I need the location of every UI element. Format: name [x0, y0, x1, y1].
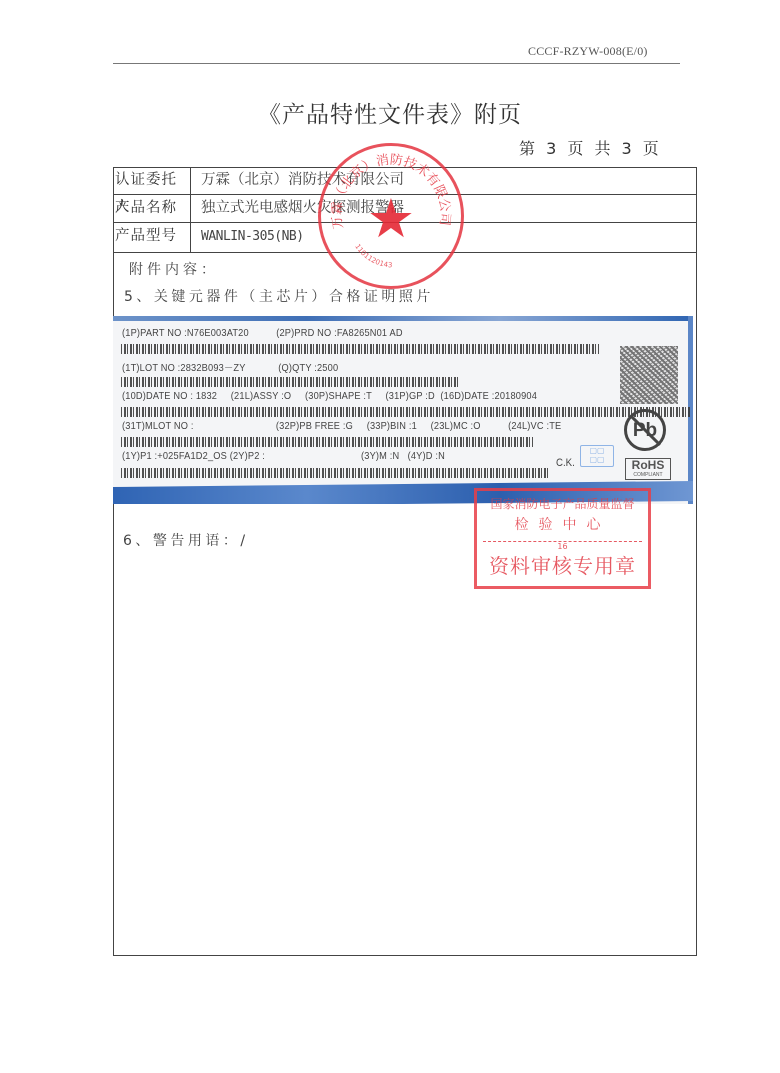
info-row-product-name: 产品名称 独立式光电感烟火灾探测报警器 — [113, 195, 697, 223]
label-line: (31T)MLOT NO : (32P)PB FREE :G (33P)BIN … — [122, 420, 561, 432]
datamatrix-code — [620, 346, 678, 404]
attachment-item-5: 5、关键元器件（主芯片）合格证明照片 — [124, 286, 434, 306]
label-line: (1P)PART NO :N76E003AT20 (2P)PRD NO :FA8… — [122, 327, 403, 339]
attachments-title: 附件内容： — [129, 259, 219, 279]
barcode — [121, 377, 459, 387]
info-label: 产品名称 — [113, 195, 191, 222]
qc-stamp-icon: ▢▢▢▢ — [580, 445, 614, 467]
label-line: (1Y)P1 :+025FA1D2_OS (2Y)P2 : (3Y)M :N (… — [122, 450, 445, 462]
info-label: 认证委托人 — [113, 167, 191, 194]
document-code: CCCF-RZYW-008(E/0) — [528, 44, 648, 59]
info-label: 产品型号 — [113, 223, 191, 252]
barcode — [121, 407, 691, 417]
ck-label: C.K. — [556, 457, 575, 469]
header-rule — [113, 63, 680, 64]
page-indicator: 第 3 页 共 3 页 — [519, 136, 662, 159]
label-line: (10D)DATE NO : 1832 (21L)ASSY :O (30P)SH… — [122, 390, 537, 402]
info-value: 万霖（北京）消防技术有限公司 — [201, 167, 404, 194]
info-value: WANLIN-305(NB) — [201, 223, 304, 252]
lead-free-icon: Pb — [624, 409, 666, 451]
barcode — [121, 437, 533, 447]
info-row-client: 认证委托人 万霖（北京）消防技术有限公司 — [113, 167, 697, 195]
info-value: 独立式光电感烟火灾探测报警器 — [201, 195, 404, 222]
document-title: 《产品特性文件表》附页 — [0, 96, 780, 129]
barcode — [121, 468, 549, 478]
label-line: (1T)LOT NO :2832B093－ZY (Q)QTY :2500 — [122, 360, 338, 375]
barcode — [121, 344, 599, 354]
attachment-item-6: 6、警告用语：/ — [123, 530, 249, 550]
rohs-badge: RoHS COMPLIANT — [625, 458, 671, 480]
chip-label-photo: (1P)PART NO :N76E003AT20 (2P)PRD NO :FA8… — [113, 316, 693, 504]
info-row-product-model: 产品型号 WANLIN-305(NB) — [113, 223, 697, 253]
